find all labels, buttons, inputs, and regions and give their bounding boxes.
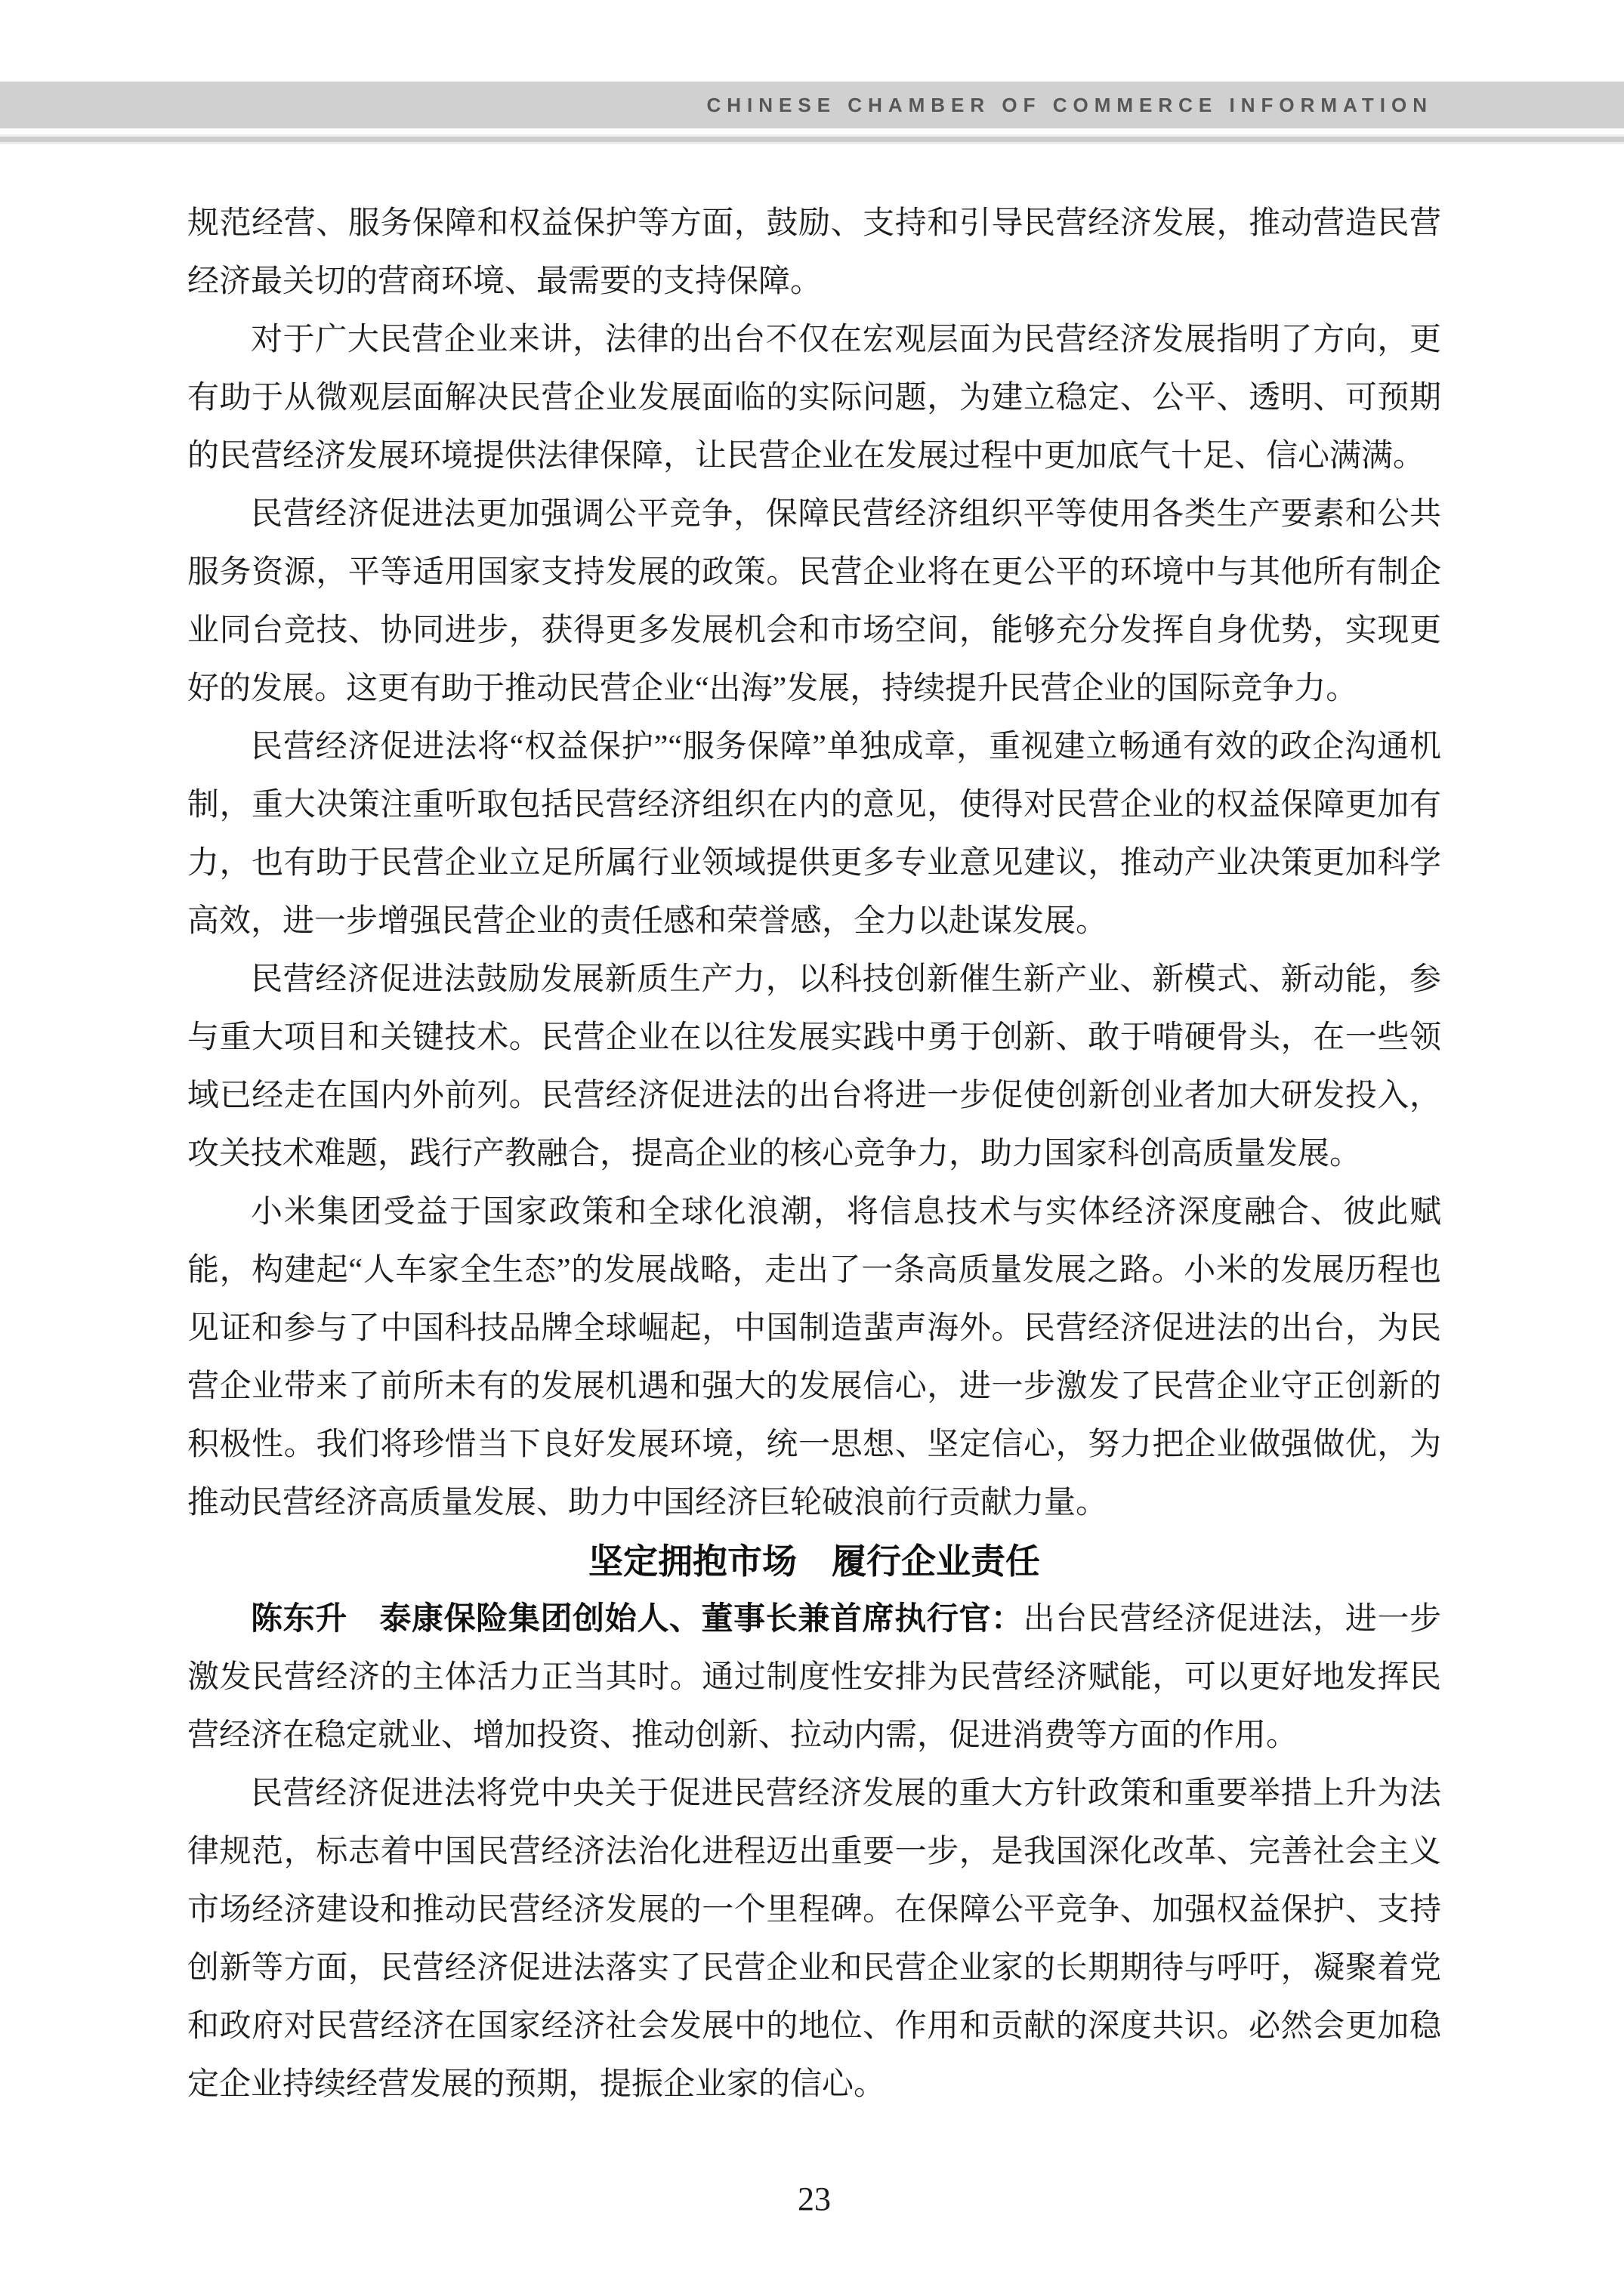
document-page: CHINESE CHAMBER OF COMMERCE INFORMATION … xyxy=(0,0,1624,2293)
body-paragraph: 小米集团受益于国家政策和全球化浪潮，将信息技术与实体经济深度融合、彼此赋能，构建… xyxy=(187,1184,1441,1532)
speaker-paragraph: 陈东升 泰康保险集团创始人、董事长兼首席执行官：出台民营经济促进法，进一步激发民… xyxy=(187,1591,1441,1765)
header-divider xyxy=(0,134,1624,144)
body-paragraph-continuation: 规范经营、服务保障和权益保护等方面，鼓励、支持和引导民营经济发展，推动营造民营经… xyxy=(187,195,1441,311)
article-body: 规范经营、服务保障和权益保护等方面，鼓励、支持和引导民营经济发展，推动营造民营经… xyxy=(187,195,1441,2114)
body-paragraph: 民营经济促进法更加强调公平竞争，保障民营经济组织平等使用各类生产要素和公共服务资… xyxy=(187,486,1441,718)
body-paragraph: 民营经济促进法将“权益保护”“服务保障”单独成章，重视建立畅通有效的政企沟通机制… xyxy=(187,718,1441,951)
body-paragraph: 民营经济促进法将党中央关于促进民营经济发展的重大方针政策和重要举措上升为法律规范… xyxy=(187,1765,1441,2114)
speaker-name-title: 陈东升 泰康保险集团创始人、董事长兼首席执行官： xyxy=(251,1602,1023,1637)
section-heading: 坚定拥抱市场 履行企业责任 xyxy=(187,1532,1441,1591)
body-paragraph: 民营经济促进法鼓励发展新质生产力，以科技创新催生新产业、新模式、新动能，参与重大… xyxy=(187,951,1441,1184)
header-banner: CHINESE CHAMBER OF COMMERCE INFORMATION xyxy=(0,82,1624,128)
body-paragraph: 对于广大民营企业来讲，法律的出台不仅在宏观层面为民营经济发展指明了方向，更有助于… xyxy=(187,311,1441,486)
page-number: 23 xyxy=(187,2180,1441,2218)
header-banner-text: CHINESE CHAMBER OF COMMERCE INFORMATION xyxy=(706,94,1433,117)
